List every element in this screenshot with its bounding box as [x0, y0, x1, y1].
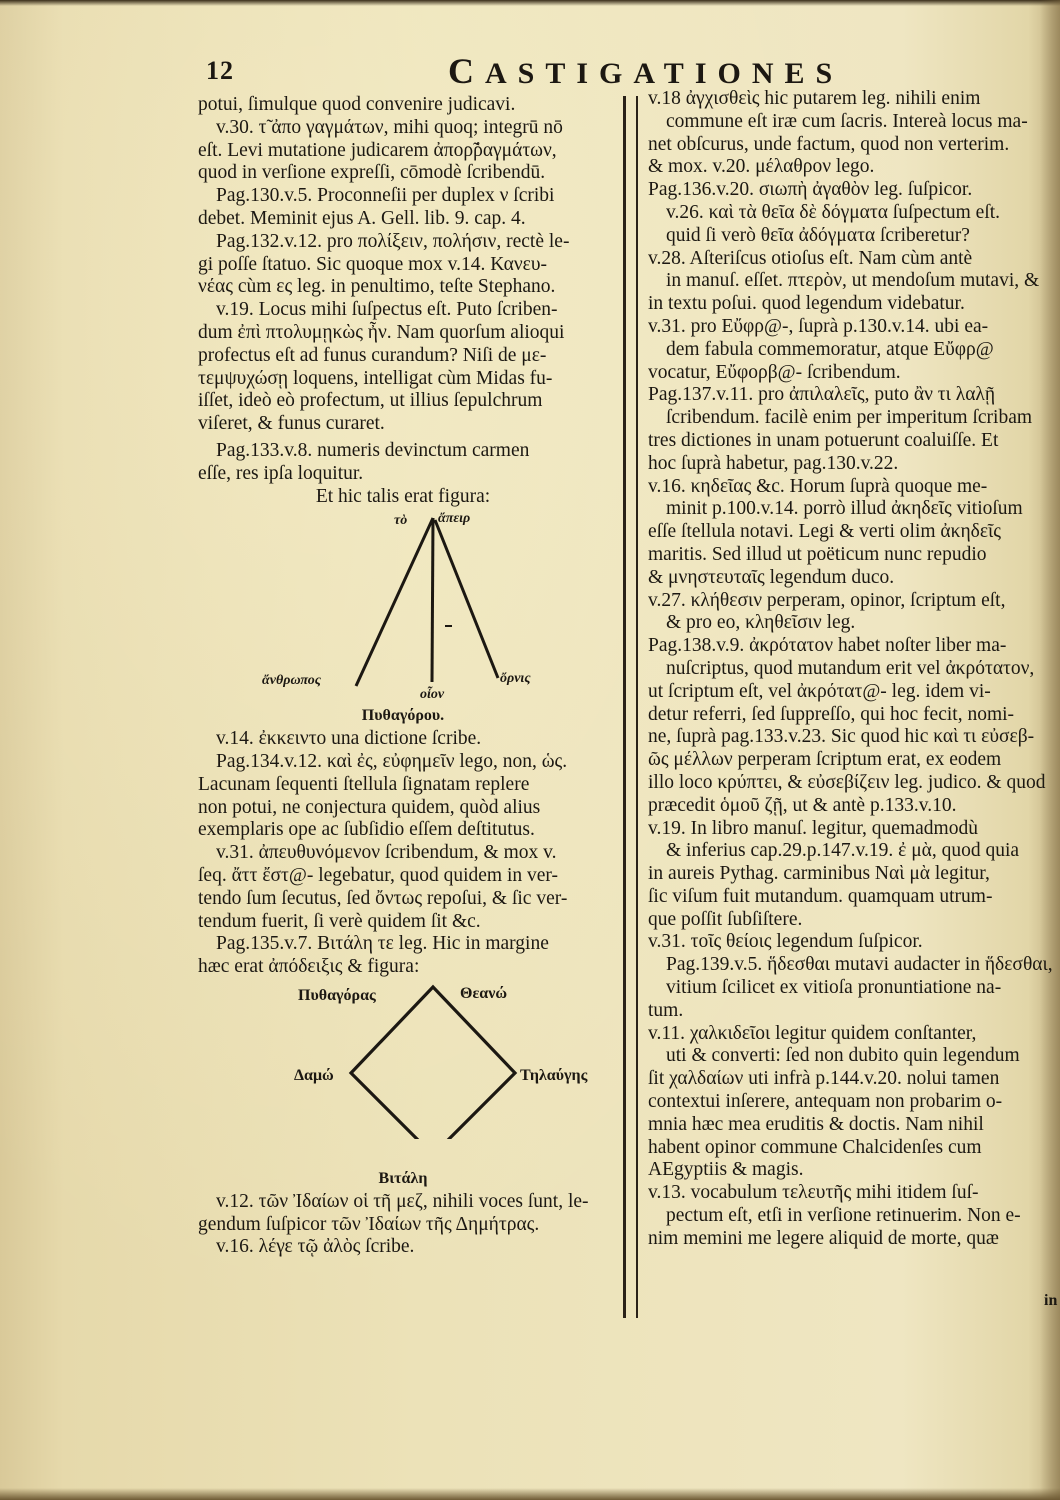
- text-line: v.16. κηδεῖας &c. Horum ſuprà quoque me-: [648, 476, 1060, 499]
- text-line: potui, ſimulque quod convenire judicavi.: [198, 94, 628, 117]
- text-line: v.16. λέγε τῷ ἀλὸς ſcribe.: [198, 1236, 628, 1259]
- text-line: ut ſcriptum eſt, vel ἀκρότατ@- leg. idem…: [648, 681, 1060, 704]
- running-head: CASTIGATIONES: [448, 50, 843, 92]
- figure-label-right: ὄρνις: [500, 668, 531, 691]
- text-line: contextui inſerere, antequam non probari…: [648, 1091, 1060, 1114]
- figure-label-top-left: τὸ: [394, 510, 407, 533]
- text-line: v.30. τ̃ ἀπο γαγμάτων, mihi quoq; integr…: [198, 117, 628, 140]
- text-line: dem fabula commemoratur, atque Εὔφρ@: [648, 339, 1060, 362]
- text-line: & μνηστευταῖς legendum duco.: [648, 567, 1060, 590]
- text-line: v.12. τῶν Ἰδαίων οἱ τῆ μεζ, nihili voces…: [198, 1191, 628, 1214]
- text-line: uti & converti: ſed non dubito quin lege…: [648, 1045, 1060, 1068]
- text-line: gendum ſuſpicor τῶν Ἰδαίων τῆς Δημήτρας.: [198, 1214, 628, 1237]
- text-line: v.13. vocabulum τελευτῆς mihi itidem ſuſ…: [648, 1182, 1060, 1205]
- text-line: v.18 ἀγχισθεὶς hic putarem leg. nihili e…: [648, 88, 1060, 111]
- text-line: v.28. Aſteriſcus otioſus eſt. Nam cùm an…: [648, 248, 1060, 271]
- page-number: 12: [206, 56, 234, 86]
- text-line: tres dictiones in unam potuerunt coaluiſ…: [648, 430, 1060, 453]
- text-line: Pag.136.v.20. σιωπὴ ἀγαθὸν leg. ſuſpicor…: [648, 179, 1060, 202]
- text-line: pectum eſt, etſi in verſione retinuerim.…: [648, 1205, 1060, 1228]
- figure-bottom-label: Βιτάλη: [198, 1167, 628, 1191]
- text-line: illo loco κρύπτει, & εὐσεβίζειν leg. jud…: [648, 772, 1060, 795]
- text-line: tendo ſum ſecutus, ſed ὄντως repoſui, & …: [198, 888, 628, 911]
- left-column-text-block-a: potui, ſimulque quod convenire judicavi.…: [198, 94, 628, 508]
- text-line: maritis. Sed illud ut poëticum nunc repu…: [648, 544, 1060, 567]
- text-line: viſeret, & funus curaret.: [198, 413, 628, 436]
- text-line: nim memini me legere aliquid de morte, q…: [648, 1228, 1060, 1251]
- text-line: net obſcurus, unde factum, quod non vert…: [648, 134, 1060, 157]
- text-line: v.31. ἀπευθυνόμενον ſcribendum, & mox v.: [198, 842, 628, 865]
- figure-label-bitale: Βιτάλη: [379, 1170, 428, 1187]
- text-line: Pag.139.v.5. ἥδεσθαι mutavi audacter in …: [648, 954, 1060, 977]
- text-line: tum.: [648, 1000, 1060, 1023]
- text-line: τεμψυχώσῃ loquens, intelligat cùm Midas …: [198, 368, 628, 391]
- text-line: ne, ſuprà pag.133.v.23. Sic quod hic καὶ…: [648, 726, 1060, 749]
- text-line: v.19. In libro manuſ. legitur, quemadmod…: [648, 818, 1060, 841]
- text-line: & mox. v.20. μέλαθρον lego.: [648, 156, 1060, 179]
- text-line: Pag.137.v.11. pro ἀπιλαλεῖς, puto ἂν τι …: [648, 384, 1060, 407]
- text-line: Pag.130.v.5. Proconneſii per duplex ν ſc…: [198, 185, 628, 208]
- text-line: in aureis Pythag. carminibus Ναὶ μὰ legi…: [648, 863, 1060, 886]
- book-page: 12 CASTIGATIONES potui, ſimulque quod co…: [0, 0, 1060, 1500]
- text-line: profectus eſt ad funus curandum? Niſi de…: [198, 345, 628, 368]
- figure-label-theano: Θεανώ: [460, 983, 507, 1006]
- text-line: v.27. κλήθεσιν perperam, opinor, ſcriptu…: [648, 590, 1060, 613]
- text-line: ῶς μέλλων perperam ſcriptum erat, ex eod…: [648, 749, 1060, 772]
- catchword: in: [1044, 1292, 1057, 1310]
- left-column: potui, ſimulque quod convenire judicavi.…: [198, 94, 628, 1259]
- figure-pythagorean-caret: τὸ ἄπειρ ἄνθρωπος οἷον ὄρνις: [198, 508, 628, 696]
- text-line: habent opinor commune Chalcidenſes cum: [648, 1137, 1060, 1160]
- text-line: v.11. χαλκιδεῖοι legitur quidem conſtant…: [648, 1023, 1060, 1046]
- text-line: debet. Meminit ejus A. Gell. lib. 9. cap…: [198, 208, 628, 231]
- text-line: Pag.132.v.12. pro πολίξειν, πολήσιν, rec…: [198, 231, 628, 254]
- text-line: tendum fuerit, ſi verè quidem ſit &c.: [198, 911, 628, 934]
- text-line: præcedit ὁμοῦ ζῇ, ut & antè p.133.v.10.: [648, 795, 1060, 818]
- figure-caption: Πυθαγόρου.: [198, 704, 628, 728]
- text-line: non potui, ne conjectura quidem, quòd al…: [198, 797, 628, 820]
- text-line: minit p.100.v.14. porrò illud ἀκηδεῖς vi…: [648, 498, 1060, 521]
- text-line: que poſſit ſubſiſtere.: [648, 909, 1060, 932]
- text-line: & pro eo, κληθεῖσιν leg.: [648, 612, 1060, 635]
- text-line: quod in verſione expreſſi, cōmodè ſcribe…: [198, 162, 628, 185]
- text-line: eſſe, res ipſa loquitur.: [198, 463, 628, 486]
- text-line: Pag.133.v.8. numeris devinctum carmen: [198, 440, 628, 463]
- figure-label-top-right: ἄπειρ: [438, 508, 470, 531]
- caret-diagram-icon: [198, 508, 628, 696]
- text-line: v.31. pro Εὔφρ@-, ſuprà p.130.v.14. ubi …: [648, 316, 1060, 339]
- text-line: Pag.138.v.9. ἀκρότατον habet noſter libe…: [648, 635, 1060, 658]
- text-line: eſſe ſtellula notavi. Legi & verti olim …: [648, 521, 1060, 544]
- page-top-edge-shadow: [0, 0, 1060, 6]
- text-line: quid ſi verò θεῖα ἀδόγματα ſcriberetur?: [648, 225, 1060, 248]
- running-head-rest: ASTIGATIONES: [485, 57, 843, 90]
- text-line: v.26. καὶ τὰ θεῖα δὲ δόγματα ſuſpectum e…: [648, 202, 1060, 225]
- page-bottom-edge-shadow: [0, 1488, 1060, 1500]
- text-line: ſic viſum fuit mutandum. quamquam utrum-: [648, 886, 1060, 909]
- left-column-text-block-c: v.12. τῶν Ἰδαίων οἱ τῆ μεζ, nihili voces…: [198, 1191, 628, 1259]
- text-line: vocatur, Εὔφορβ@- ſcribendum.: [648, 362, 1060, 385]
- text-line: vitium ſcilicet ex vitioſa pronuntiation…: [648, 977, 1060, 1000]
- text-line: νέας cùm ες leg. in penultimo, teſte Ste…: [198, 276, 628, 299]
- text-line: gi poſſe ſtatuo. Sic quoque mox v.14. Κα…: [198, 254, 628, 277]
- text-line: v.19. Locus mihi ſuſpectus eſt. Puto ſcr…: [198, 299, 628, 322]
- column-divider-right-rule: [636, 96, 638, 1318]
- text-line: iſſet, ideò eò profectum, ut illius ſepu…: [198, 390, 628, 413]
- text-line: commune eſt iræ cum ſacris. Intereà locu…: [648, 111, 1060, 134]
- text-line: & inferius cap.29.p.147.v.19. ἐ μὰ, quod…: [648, 840, 1060, 863]
- text-line: detur referri, ſed ſuppreſſo, qui hoc fe…: [648, 704, 1060, 727]
- text-line: ſit χαλδαίων uti infrà p.144.v.20. nolui…: [648, 1068, 1060, 1091]
- text-line: exemplaris ope ac ſubſidio eſſem deſtitu…: [198, 819, 628, 842]
- text-line: ſcribendum. facilè enim per imperitum ſc…: [648, 407, 1060, 430]
- figure-intro-line: Et hic talis erat figura:: [198, 486, 628, 509]
- left-column-text-block-b: v.14. ἐκκειντο una dictione ſcribe. Pag.…: [198, 728, 628, 979]
- text-line: v.31. τοῖς θείοις legendum ſuſpicor.: [648, 931, 1060, 954]
- figure-label-damo: Δαμώ: [294, 1065, 334, 1088]
- text-line: in textu poſui. quod legendum videbatur.: [648, 293, 1060, 316]
- text-line: in manuſ. eſſet. πτερὸν, ut mendoſum mut…: [648, 270, 1060, 293]
- text-line: hoc ſuprà habetur, pag.130.v.22.: [648, 453, 1060, 476]
- text-line: Pag.135.v.7. Βιτάλη τε leg. Hic in margi…: [198, 933, 628, 956]
- text-line: Lacunam ſequenti ſtellula ſignatam reple…: [198, 774, 628, 797]
- text-line: v.14. ἐκκειντο una dictione ſcribe.: [198, 728, 628, 751]
- text-line: eſt. Levi mutatione judicarem ἀπορ̃ῥαγμά…: [198, 140, 628, 163]
- figure-label-center: οἷον: [420, 684, 444, 707]
- running-head-initial: C: [448, 51, 485, 91]
- figure-caption-text: Πυθαγόρου.: [362, 707, 444, 724]
- text-line: AEgyptiis & magis.: [648, 1159, 1060, 1182]
- figure-label-telauges: Τηλαύγης: [520, 1065, 587, 1088]
- figure-label-left: ἄνθρωπος: [262, 670, 321, 693]
- text-line: dum ἐπὶ πτολυμῃκὼς ἦν. Nam quorſum alioq…: [198, 322, 628, 345]
- right-column: v.18 ἀγχισθεὶς hic putarem leg. nihili e…: [648, 88, 1060, 1251]
- diamond-diagram-icon: [198, 979, 628, 1139]
- text-line: nuſcriptus, quod mutandum erit vel ἀκρότ…: [648, 658, 1060, 681]
- figure-label-pythagoras: Πυθαγόρας: [298, 985, 376, 1008]
- text-line: mnia hæc mea eruditis & doctis. Nam nihi…: [648, 1114, 1060, 1137]
- text-line: ſeq. ἄττ ἔστ@- legebatur, quod quidem in…: [198, 865, 628, 888]
- text-line: Pag.134.v.12. καὶ ἐς, εὐφημεῖν lego, non…: [198, 751, 628, 774]
- figure-pythagorean-diamond: Πυθαγόρας Θεανώ Δαμώ Τηλαύγης: [198, 979, 628, 1139]
- text-line: hæc erat ἀπόδειξις & figura:: [198, 956, 628, 979]
